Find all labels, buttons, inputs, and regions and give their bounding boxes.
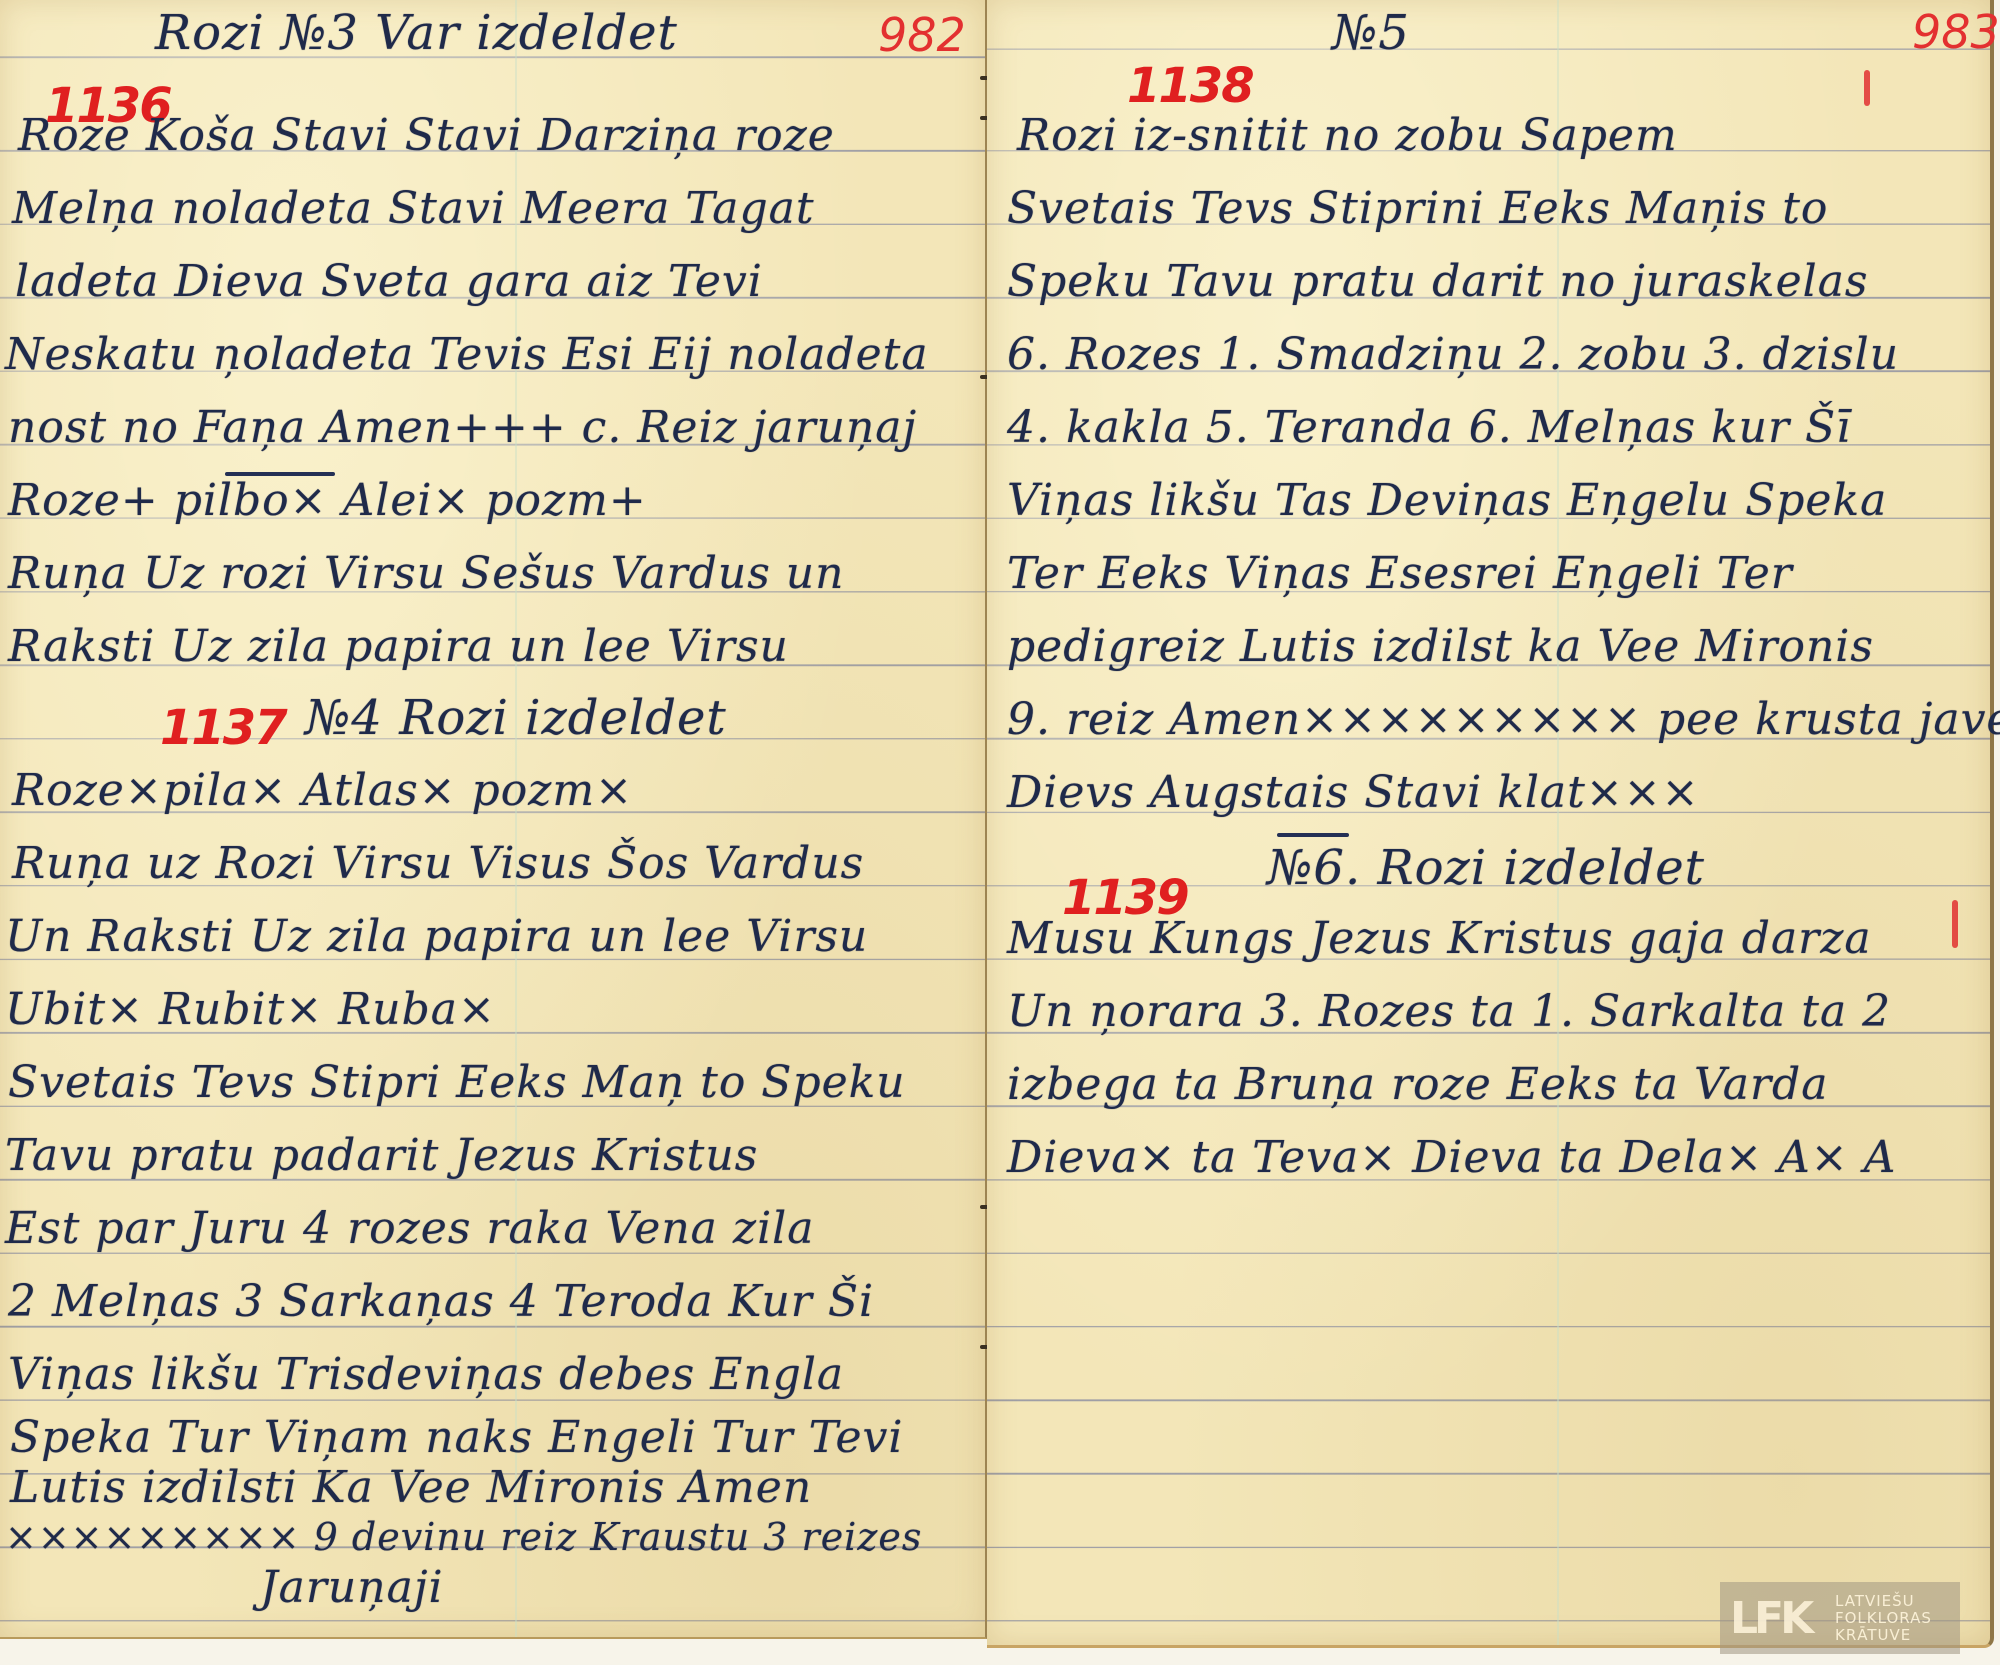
entry-heading: №6. Rozi izdeldet xyxy=(1267,840,1705,896)
page-header: Rozi №3 Var izdeldet xyxy=(155,5,678,61)
text-line: Un ņorara 3. Rozes ta 1. Sarkalta ta 2 xyxy=(1007,986,1891,1037)
watermark-line: FOLKLORAS xyxy=(1835,1610,1932,1627)
archive-watermark: LFK LATVIEŠU FOLKLORAS KRĀTUVE xyxy=(1720,1582,1960,1654)
text-line: Raksti Uz zila papira un lee Virsu xyxy=(8,621,789,672)
page-number: 983 xyxy=(1912,5,2000,59)
text-line: Dievs Augstais Stavi klat××× xyxy=(1007,767,1699,818)
text-line: Viņas likšu Trisdeviņas debes Engla xyxy=(8,1349,844,1400)
archive-logo-icon: LFK xyxy=(1730,1593,1835,1644)
watermark-line: LATVIEŠU xyxy=(1835,1593,1932,1610)
text-line: ladeta Dieva Sveta gara aiz Tevi xyxy=(15,256,763,307)
watermark-line: KRĀTUVE xyxy=(1835,1627,1932,1644)
left-page: Rozi №3 Var izdeldet 982 1136 Roze Koša … xyxy=(0,0,987,1639)
text-line: 2 Melņas 3 Sarkaņas 4 Teroda Kur Ši xyxy=(8,1276,874,1327)
text-line: nost no Faņa Amen+++ c. Reiz jaruņaj xyxy=(8,402,917,453)
text-line: Roze+ pilbo× Alei× pozm+ xyxy=(8,475,647,526)
text-line: Jaruņaji xyxy=(260,1562,444,1613)
page-number: 982 xyxy=(878,8,966,62)
red-pencil-mark xyxy=(1952,900,1958,948)
text-line: Roze×pila× Atlas× pozm× xyxy=(12,765,633,816)
right-page: №5 983 1138 Rozi iz-snitit no zobu Sapem… xyxy=(987,0,1994,1648)
text-line: Speka Tur Viņam naks Engeli Tur Tevi xyxy=(10,1412,903,1463)
text-line: Ter Eeks Viņas Esesrei Eņgeli Ter xyxy=(1007,548,1793,599)
text-line: Speku Tavu pratu darit no juraskelas xyxy=(1007,256,1869,307)
text-line: izbega ta Bruņa roze Eeks ta Varda xyxy=(1007,1059,1828,1110)
record-number: 1138 xyxy=(1127,58,1253,114)
text-line: Svetais Tevs Stipri Eeks Maņ to Speku xyxy=(8,1057,906,1108)
text-line: Un Raksti Uz zila papira un lee Virsu xyxy=(5,911,868,962)
margin-line xyxy=(1557,0,1559,1645)
text-line: 9. reiz Amen××××××××× pee krusta javelk xyxy=(1007,694,2000,745)
text-line: 4. kakla 5. Teranda 6. Melņas kur Šī xyxy=(1007,402,1851,453)
text-line: Ruņa Uz rozi Virsu Sešus Vardus un xyxy=(8,548,844,599)
text-line: Melņa noladeta Stavi Meera Tagat xyxy=(12,183,815,234)
text-line: Dieva× ta Teva× Dieva ta Dela× A× A xyxy=(1007,1132,1896,1183)
text-line: pedigreiz Lutis izdilst ka Vee Mironis xyxy=(1007,621,1874,672)
text-line: Musu Kungs Jezus Kristus gaja darza xyxy=(1007,913,1872,964)
entry-heading: №5 xyxy=(1332,5,1410,61)
text-line: Lutis izdilsti Ka Vee Mironis Amen xyxy=(10,1462,812,1513)
text-line: 6. Rozes 1. Smadziņu 2. zobu 3. dzislu xyxy=(1007,329,1899,380)
red-pencil-mark xyxy=(1864,70,1870,106)
text-line: Ruņa uz Rozi Virsu Visus Šos Vardus xyxy=(12,838,864,889)
text-line: Rozi iz-snitit no zobu Sapem xyxy=(1017,110,1678,161)
text-line: Est par Juru 4 rozes raka Vena zila xyxy=(5,1203,814,1254)
text-line: Viņas likšu Tas Deviņas Eņgelu Speka xyxy=(1007,475,1887,526)
text-line: Neskatu ņoladeta Tevis Esi Eij noladeta xyxy=(5,329,929,380)
text-line: Roze Koša Stavi Stavi Darziņa roze xyxy=(18,110,835,161)
text-line: Tavu pratu padarit Jezus Kristus xyxy=(5,1130,758,1181)
text-line: Svetais Tevs Stiprini Eeks Maņis to xyxy=(1007,183,1828,234)
text-line: Ubit× Rubit× Ruba× xyxy=(5,984,496,1035)
record-number: 1137 xyxy=(160,700,286,756)
underline-stroke xyxy=(1277,833,1349,837)
entry-heading: №4 Rozi izdeldet xyxy=(305,690,727,746)
text-line: ××××××××× 9 devinu reiz Kraustu 3 reizes xyxy=(5,1515,922,1559)
